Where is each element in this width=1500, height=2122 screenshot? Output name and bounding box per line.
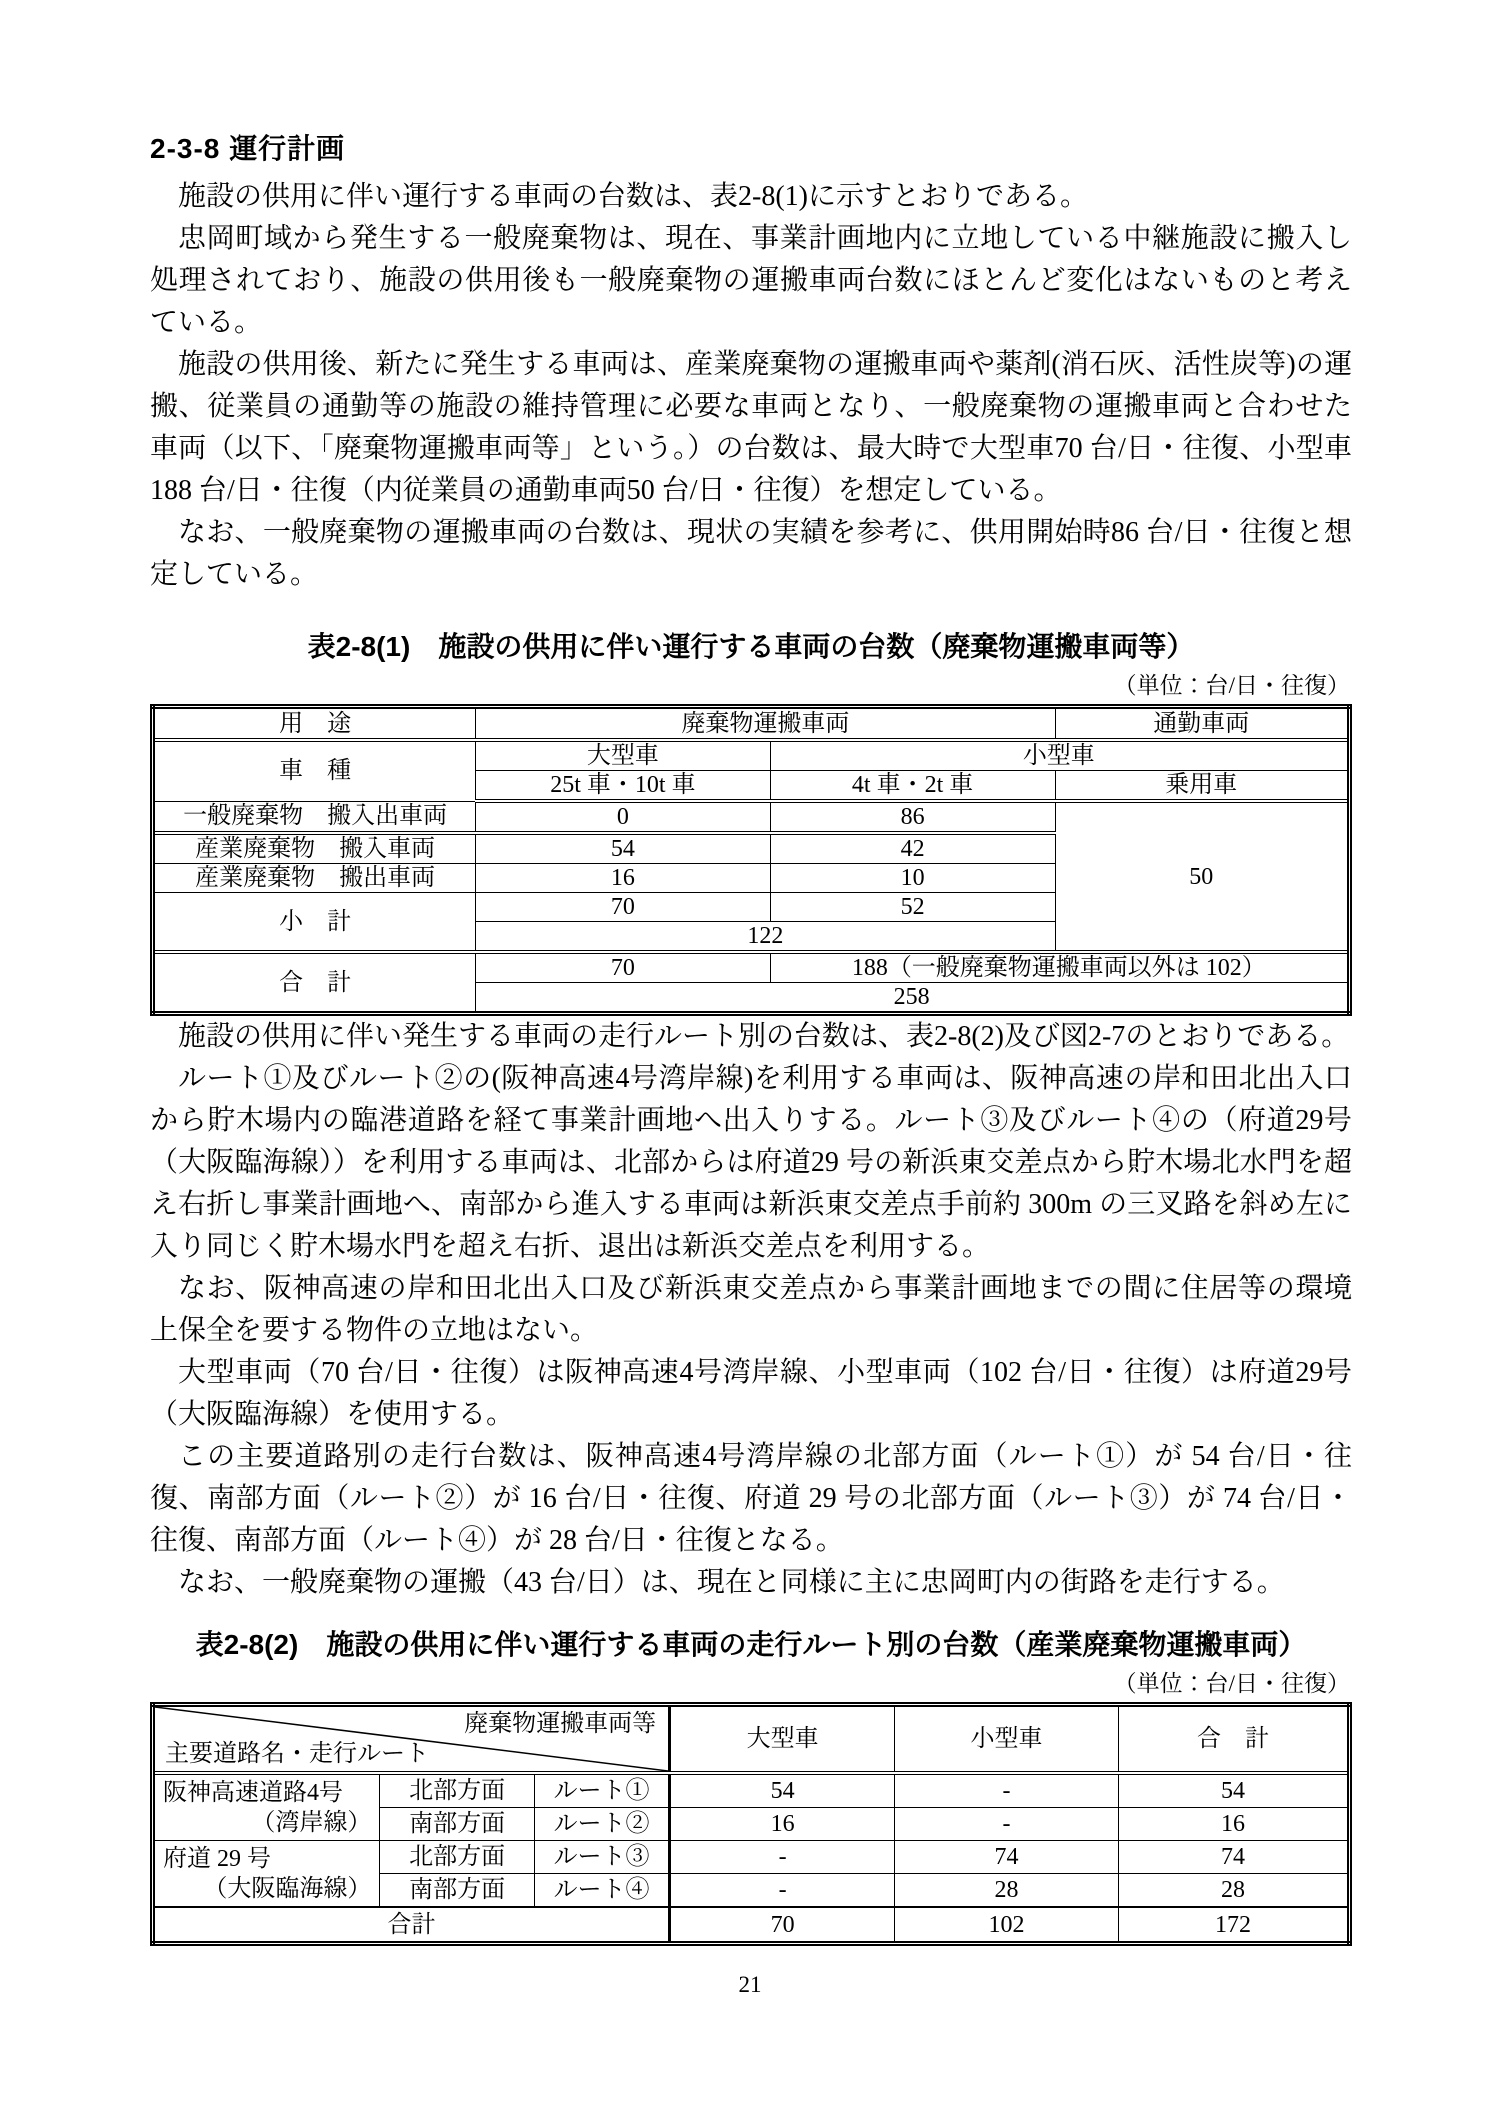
paragraph-p4: なお、一般廃棄物の運搬車両の台数は、現状の実績を参考に、供用開始時86 台/日・… (150, 512, 1352, 596)
table1-unit-note: （単位：台/日・往復） (150, 672, 1350, 700)
t1-row-industrial-in-small: 42 (770, 833, 1055, 864)
t2-route-4-large: - (670, 1874, 895, 1908)
t2-route-3-large: - (670, 1841, 895, 1874)
table2-unit-note: （単位：台/日・往復） (150, 1670, 1350, 1698)
t1-row-general-large: 0 (476, 801, 770, 833)
paragraph-p5: 施設の供用に伴い発生する車両の走行ルート別の台数は、表2-8(2)及び図2-7の… (150, 1016, 1352, 1058)
paragraph-p3: 施設の供用後、新たに発生する車両は、産業廃棄物の運搬車両や薬剤(消石灰、活性炭等… (150, 344, 1352, 512)
t1-total-large: 70 (476, 952, 770, 983)
t1-subtotal-combined: 122 (476, 922, 1055, 953)
t2-route-2-small: - (895, 1808, 1119, 1841)
document-page: 2-3-8 運行計画 施設の供用に伴い運行する車両の台数は、表2-8(1)に示す… (150, 132, 1352, 1946)
t1-header-large: 大型車 (476, 740, 770, 771)
t2-route-4-total: 28 (1118, 1874, 1349, 1908)
t1-header-small-sub: 4t 車・2t 車 (770, 771, 1055, 802)
t2-route-1: ルート① (534, 1773, 669, 1808)
t1-subtotal-small: 52 (770, 893, 1055, 922)
t2-route-2-total: 16 (1118, 1808, 1349, 1841)
t2-total-small: 102 (895, 1907, 1119, 1944)
t1-commute-value: 50 (1055, 801, 1349, 952)
t2-route-2: ルート② (534, 1808, 669, 1841)
t2-header-small: 小型車 (895, 1705, 1119, 1774)
t1-header-small: 小型車 (770, 740, 1349, 771)
t1-row-industrial-out-large: 16 (476, 864, 770, 893)
t1-header-vehicle-class: 車 種 (153, 740, 476, 801)
t2-route-3-total: 74 (1118, 1841, 1349, 1874)
t1-total-label: 合 計 (153, 952, 476, 1014)
paragraph-p9: この主要道路別の走行台数は、阪神高速4号湾岸線の北部方面（ルート①）が 54 台… (150, 1436, 1352, 1562)
t1-header-waste-vehicles: 廃棄物運搬車両 (476, 707, 1055, 741)
t2-header-road-route: 主要道路名・走行ルート (165, 1740, 429, 1768)
t2-total-large: 70 (670, 1907, 895, 1944)
t2-route-3-small: 74 (895, 1841, 1119, 1874)
t1-header-passenger: 乗用車 (1055, 771, 1349, 802)
t1-total-combined: 258 (476, 983, 1350, 1014)
t1-row-industrial-in-label: 産業廃棄物 搬入車両 (153, 833, 476, 864)
t2-hanshin-south-direction: 南部方面 (380, 1808, 534, 1841)
t1-subtotal-label: 小 計 (153, 893, 476, 953)
t2-hanshin-north-direction: 北部方面 (380, 1773, 534, 1808)
t2-header-total: 合 計 (1118, 1705, 1349, 1774)
t1-row-general-small: 86 (770, 801, 1055, 833)
t2-route-1-total: 54 (1118, 1773, 1349, 1808)
table1-title: 表2-8(1) 施設の供用に伴い運行する車両の台数（廃棄物運搬車両等） (150, 630, 1352, 664)
t2-fudo29-south-direction: 南部方面 (380, 1874, 534, 1908)
paragraph-p6: ルート①及びルート②の(阪神高速4号湾岸線)を利用する車両は、阪神高速の岸和田北… (150, 1058, 1352, 1268)
t2-header-waste-vehicles: 廃棄物運搬車両等 (464, 1710, 656, 1738)
t1-total-small-note: 188（一般廃棄物運搬車両以外は 102） (770, 952, 1349, 983)
section-heading: 2-3-8 運行計画 (150, 132, 1352, 166)
page-number: 21 (0, 1972, 1500, 1998)
t2-route-2-large: 16 (670, 1808, 895, 1841)
t1-header-commute-vehicles: 通勤車両 (1055, 707, 1349, 741)
t1-row-industrial-in-large: 54 (476, 833, 770, 864)
t2-route-1-small: - (895, 1773, 1119, 1808)
t2-fudo29-north-direction: 北部方面 (380, 1841, 534, 1874)
paragraph-p2: 忠岡町域から発生する一般廃棄物は、現在、事業計画地内に立地している中継施設に搬入… (150, 218, 1352, 344)
t1-header-large-sub: 25t 車・10t 車 (476, 771, 770, 802)
t2-total-total: 172 (1118, 1907, 1349, 1944)
t2-total-label: 合計 (153, 1907, 670, 1944)
t2-road-fudo29: 府道 29 号 （大阪臨海線） (153, 1841, 380, 1908)
t2-route-4-small: 28 (895, 1874, 1119, 1908)
t1-row-general-label: 一般廃棄物 搬入出車両 (153, 801, 476, 833)
t2-route-1-large: 54 (670, 1773, 895, 1808)
t2-header-large: 大型車 (670, 1705, 895, 1774)
route-count-table: 廃棄物運搬車両等 主要道路名・走行ルート 大型車 小型車 合 計 阪神高速道路4… (150, 1702, 1352, 1946)
paragraph-p10: なお、一般廃棄物の運搬（43 台/日）は、現在と同様に主に忠岡町内の街路を走行す… (150, 1562, 1352, 1604)
table2-title: 表2-8(2) 施設の供用に伴い運行する車両の走行ルート別の台数（産業廃棄物運搬… (150, 1628, 1352, 1662)
t1-subtotal-large: 70 (476, 893, 770, 922)
t2-road-hanshin: 阪神高速道路4号 （湾岸線） (153, 1773, 380, 1841)
t1-row-industrial-out-label: 産業廃棄物 搬出車両 (153, 864, 476, 893)
t1-row-industrial-out-small: 10 (770, 864, 1055, 893)
t2-route-4: ルート④ (534, 1874, 669, 1908)
paragraph-p8: 大型車両（70 台/日・往復）は阪神高速4号湾岸線、小型車両（102 台/日・往… (150, 1352, 1352, 1436)
t2-diagonal-header-cell: 廃棄物運搬車両等 主要道路名・走行ルート (153, 1705, 670, 1774)
paragraph-p7: なお、阪神高速の岸和田北出入口及び新浜東交差点から事業計画地までの間に住居等の環… (150, 1268, 1352, 1352)
t2-route-3: ルート③ (534, 1841, 669, 1874)
paragraph-p1: 施設の供用に伴い運行する車両の台数は、表2-8(1)に示すとおりである。 (150, 176, 1352, 218)
vehicle-count-table: 用 途 廃棄物運搬車両 通勤車両 車 種 大型車 小型車 25t 車・10t 車… (150, 704, 1352, 1016)
t1-header-usage: 用 途 (153, 707, 476, 741)
